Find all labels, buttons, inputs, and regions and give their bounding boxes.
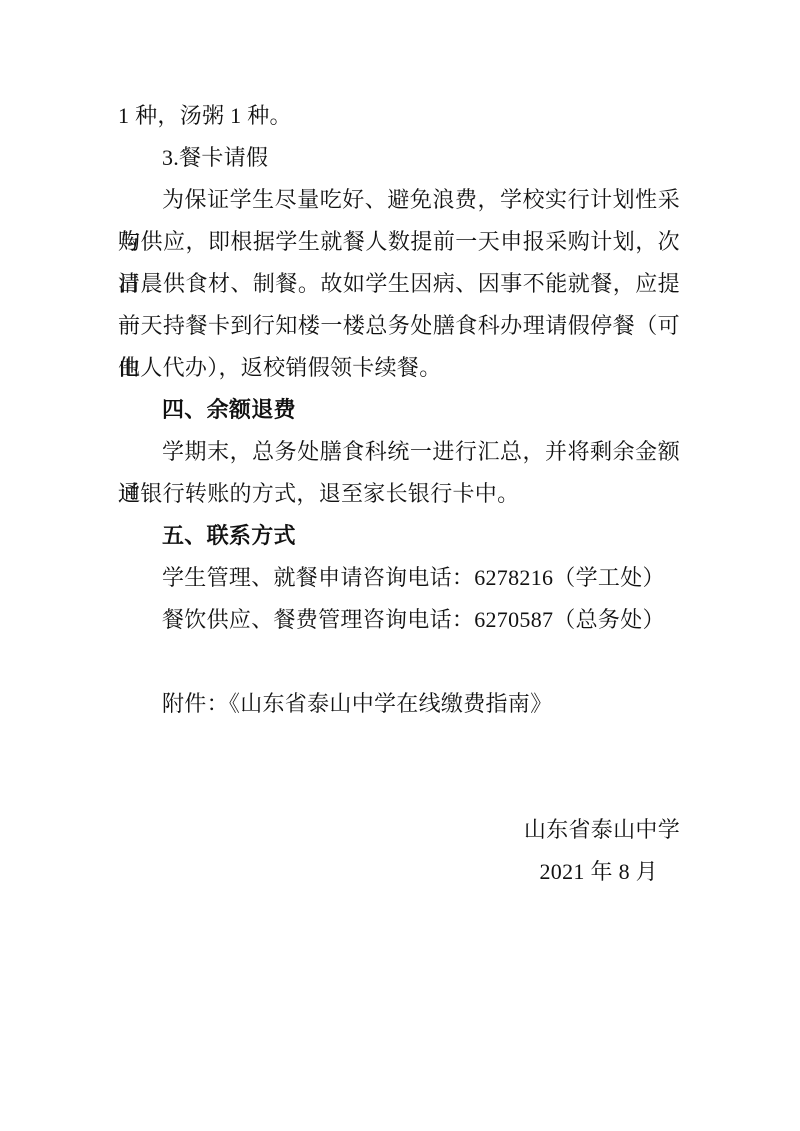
signature-organization: 山东省泰山中学 (118, 809, 680, 851)
paragraph-line: 清晨供食材、制餐。故如学生因病、因事不能就餐，应提前 (118, 263, 680, 305)
paragraph-last-line: 过银行转账的方式，退至家长银行卡中。 (118, 473, 680, 515)
section-heading-contact: 五、联系方式 (118, 515, 680, 557)
subitem-heading-meal-card-leave: 3.餐卡请假 (118, 137, 680, 179)
paragraph-line: 为保证学生尽量吃好、避免浪费，学校实行计划性采购 (118, 179, 680, 221)
blank-line (118, 725, 680, 767)
paragraph-last-line: 他人代办），返校销假领卡续餐。 (118, 347, 680, 389)
signature-date: 2021 年 8 月 (118, 851, 680, 893)
blank-line (118, 641, 680, 683)
paragraph-line: 一天持餐卡到行知楼一楼总务处膳食科办理请假停餐（可由 (118, 305, 680, 347)
paragraph-line: 与供应，即根据学生就餐人数提前一天申报采购计划，次日 (118, 221, 680, 263)
contact-line-student-affairs: 学生管理、就餐申请咨询电话：6278216（学工处） (118, 557, 680, 599)
document-page: 1 种，汤粥 1 种。 3.餐卡请假 为保证学生尽量吃好、避免浪费，学校实行计划… (0, 0, 800, 1131)
blank-line (118, 767, 680, 809)
attachment-line: 附件：《山东省泰山中学在线缴费指南》 (118, 683, 680, 725)
contact-line-general-affairs: 餐饮供应、餐费管理咨询电话：6270587（总务处） (118, 599, 680, 641)
paragraph-continuation-line: 1 种，汤粥 1 种。 (118, 95, 680, 137)
section-heading-refund: 四、余额退费 (118, 389, 680, 431)
document-content: 1 种，汤粥 1 种。 3.餐卡请假 为保证学生尽量吃好、避免浪费，学校实行计划… (118, 95, 680, 893)
paragraph-line: 学期末，总务处膳食科统一进行汇总，并将剩余金额通 (118, 431, 680, 473)
